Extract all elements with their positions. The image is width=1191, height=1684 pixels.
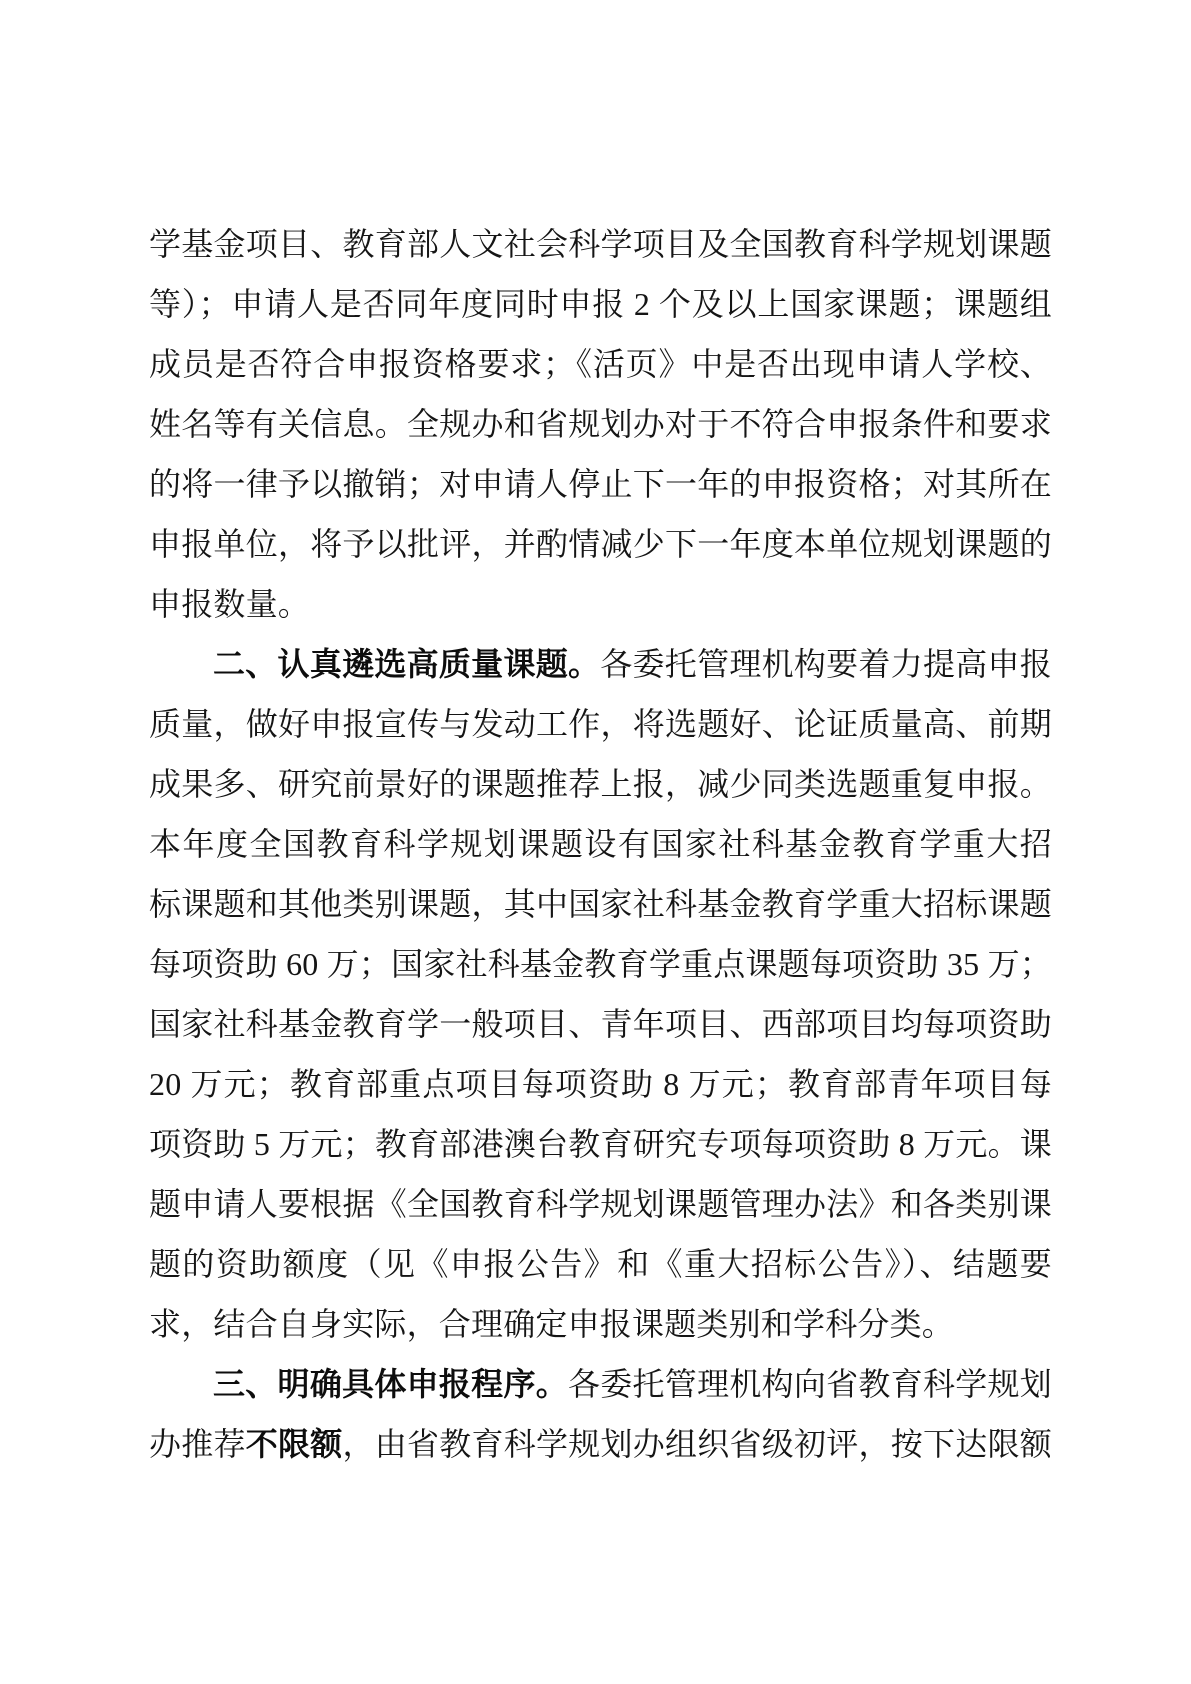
text-line-6: 申报单位，将予以批评，并酌情减少下一年度本单位规划课题的 (149, 514, 1052, 574)
body-text: 申报数量。 (149, 586, 310, 622)
text-line-4: 姓名等有关信息。全规办和省规划办对于不符合申报条件和要求 (149, 394, 1052, 454)
text-line-16: 项资助 5 万元；教育部港澳台教育研究专项每项资助 8 万元。课 (149, 1114, 1052, 1174)
document-text-block: 学基金项目、教育部人文社会科学项目及全国教育科学规划课题 等）；申请人是否同年度… (149, 214, 1052, 1474)
text-line-9: 质量，做好申报宣传与发动工作，将选题好、论证质量高、前期 (149, 694, 1052, 754)
text-line-13: 每项资助 60 万；国家社科基金教育学重点课题每项资助 35 万； (149, 934, 1052, 994)
text-line-11: 本年度全国教育科学规划课题设有国家社科基金教育学重大招 (149, 814, 1052, 874)
text-line-15: 20 万元；教育部重点项目每项资助 8 万元；教育部青年项目每 (149, 1054, 1052, 1114)
body-text: 申报单位，将予以批评，并酌情减少下一年度本单位规划课题的 (149, 526, 1052, 562)
body-text: 国家社科基金教育学一般项目、青年项目、西部项目均每项资助 (149, 1006, 1052, 1042)
body-text: 姓名等有关信息。全规办和省规划办对于不符合申报条件和要求 (149, 406, 1052, 442)
body-text: 题的资助额度（见《申报公告》和《重大招标公告》）、结题要 (149, 1246, 1052, 1282)
body-text: 的将一律予以撤销；对申请人停止下一年的申报资格；对其所在 (149, 466, 1052, 502)
text-line-7-paragraph-end: 申报数量。 (149, 574, 1052, 634)
body-text: 成果多、研究前景好的课题推荐上报，减少同类选题重复申报。 (149, 766, 1052, 802)
body-text: 每项资助 60 万；国家社科基金教育学重点课题每项资助 35 万； (149, 946, 1052, 982)
section-heading-3: 三、明确具体申报程序。 (213, 1366, 568, 1402)
text-line-20-section-3-start: 三、明确具体申报程序。各委托管理机构向省教育科学规划 (213, 1354, 1052, 1414)
text-line-3: 成员是否符合申报资格要求；《活页》中是否出现申请人学校、 (149, 334, 1052, 394)
body-text: 办推荐 (149, 1426, 246, 1462)
body-text: 成员是否符合申报资格要求；《活页》中是否出现申请人学校、 (149, 346, 1052, 382)
emphasis-no-quota-limit: 不限额 (246, 1426, 343, 1462)
body-text: 质量，做好申报宣传与发动工作，将选题好、论证质量高、前期 (149, 706, 1052, 742)
text-line-19-paragraph-end: 求，结合自身实际，合理确定申报课题类别和学科分类。 (149, 1294, 1052, 1354)
body-text: 等）；申请人是否同年度同时申报 2 个及以上国家课题；课题组 (149, 286, 1052, 322)
text-line-2: 等）；申请人是否同年度同时申报 2 个及以上国家课题；课题组 (149, 274, 1052, 334)
document-page: 学基金项目、教育部人文社会科学项目及全国教育科学规划课题 等）；申请人是否同年度… (0, 0, 1191, 1684)
text-line-12: 标课题和其他类别课题，其中国家社科基金教育学重大招标课题 (149, 874, 1052, 934)
body-text: ，由省教育科学规划办组织省级初评，按下达限额 (343, 1426, 1052, 1462)
text-line-21: 办推荐不限额，由省教育科学规划办组织省级初评，按下达限额 (149, 1414, 1052, 1474)
body-text: 各委托管理机构向省教育科学规划 (568, 1366, 1052, 1402)
body-text: 20 万元；教育部重点项目每项资助 8 万元；教育部青年项目每 (149, 1066, 1052, 1102)
text-line-5: 的将一律予以撤销；对申请人停止下一年的申报资格；对其所在 (149, 454, 1052, 514)
body-text: 标课题和其他类别课题，其中国家社科基金教育学重大招标课题 (149, 886, 1052, 922)
body-text: 学基金项目、教育部人文社会科学项目及全国教育科学规划课题 (149, 226, 1052, 262)
text-line-1: 学基金项目、教育部人文社会科学项目及全国教育科学规划课题 (149, 214, 1052, 274)
body-text: 本年度全国教育科学规划课题设有国家社科基金教育学重大招 (149, 826, 1052, 862)
text-line-10: 成果多、研究前景好的课题推荐上报，减少同类选题重复申报。 (149, 754, 1052, 814)
section-heading-2: 二、认真遴选高质量课题。 (213, 646, 600, 682)
body-text: 求，结合自身实际，合理确定申报课题类别和学科分类。 (149, 1306, 954, 1342)
body-text: 题申请人要根据《全国教育科学规划课题管理办法》和各类别课 (149, 1186, 1052, 1222)
body-text: 项资助 5 万元；教育部港澳台教育研究专项每项资助 8 万元。课 (149, 1126, 1052, 1162)
text-line-14: 国家社科基金教育学一般项目、青年项目、西部项目均每项资助 (149, 994, 1052, 1054)
body-text: 各委托管理机构要着力提高申报 (600, 646, 1052, 682)
text-line-8-section-2-start: 二、认真遴选高质量课题。各委托管理机构要着力提高申报 (213, 634, 1052, 694)
text-line-17: 题申请人要根据《全国教育科学规划课题管理办法》和各类别课 (149, 1174, 1052, 1234)
text-line-18: 题的资助额度（见《申报公告》和《重大招标公告》）、结题要 (149, 1234, 1052, 1294)
